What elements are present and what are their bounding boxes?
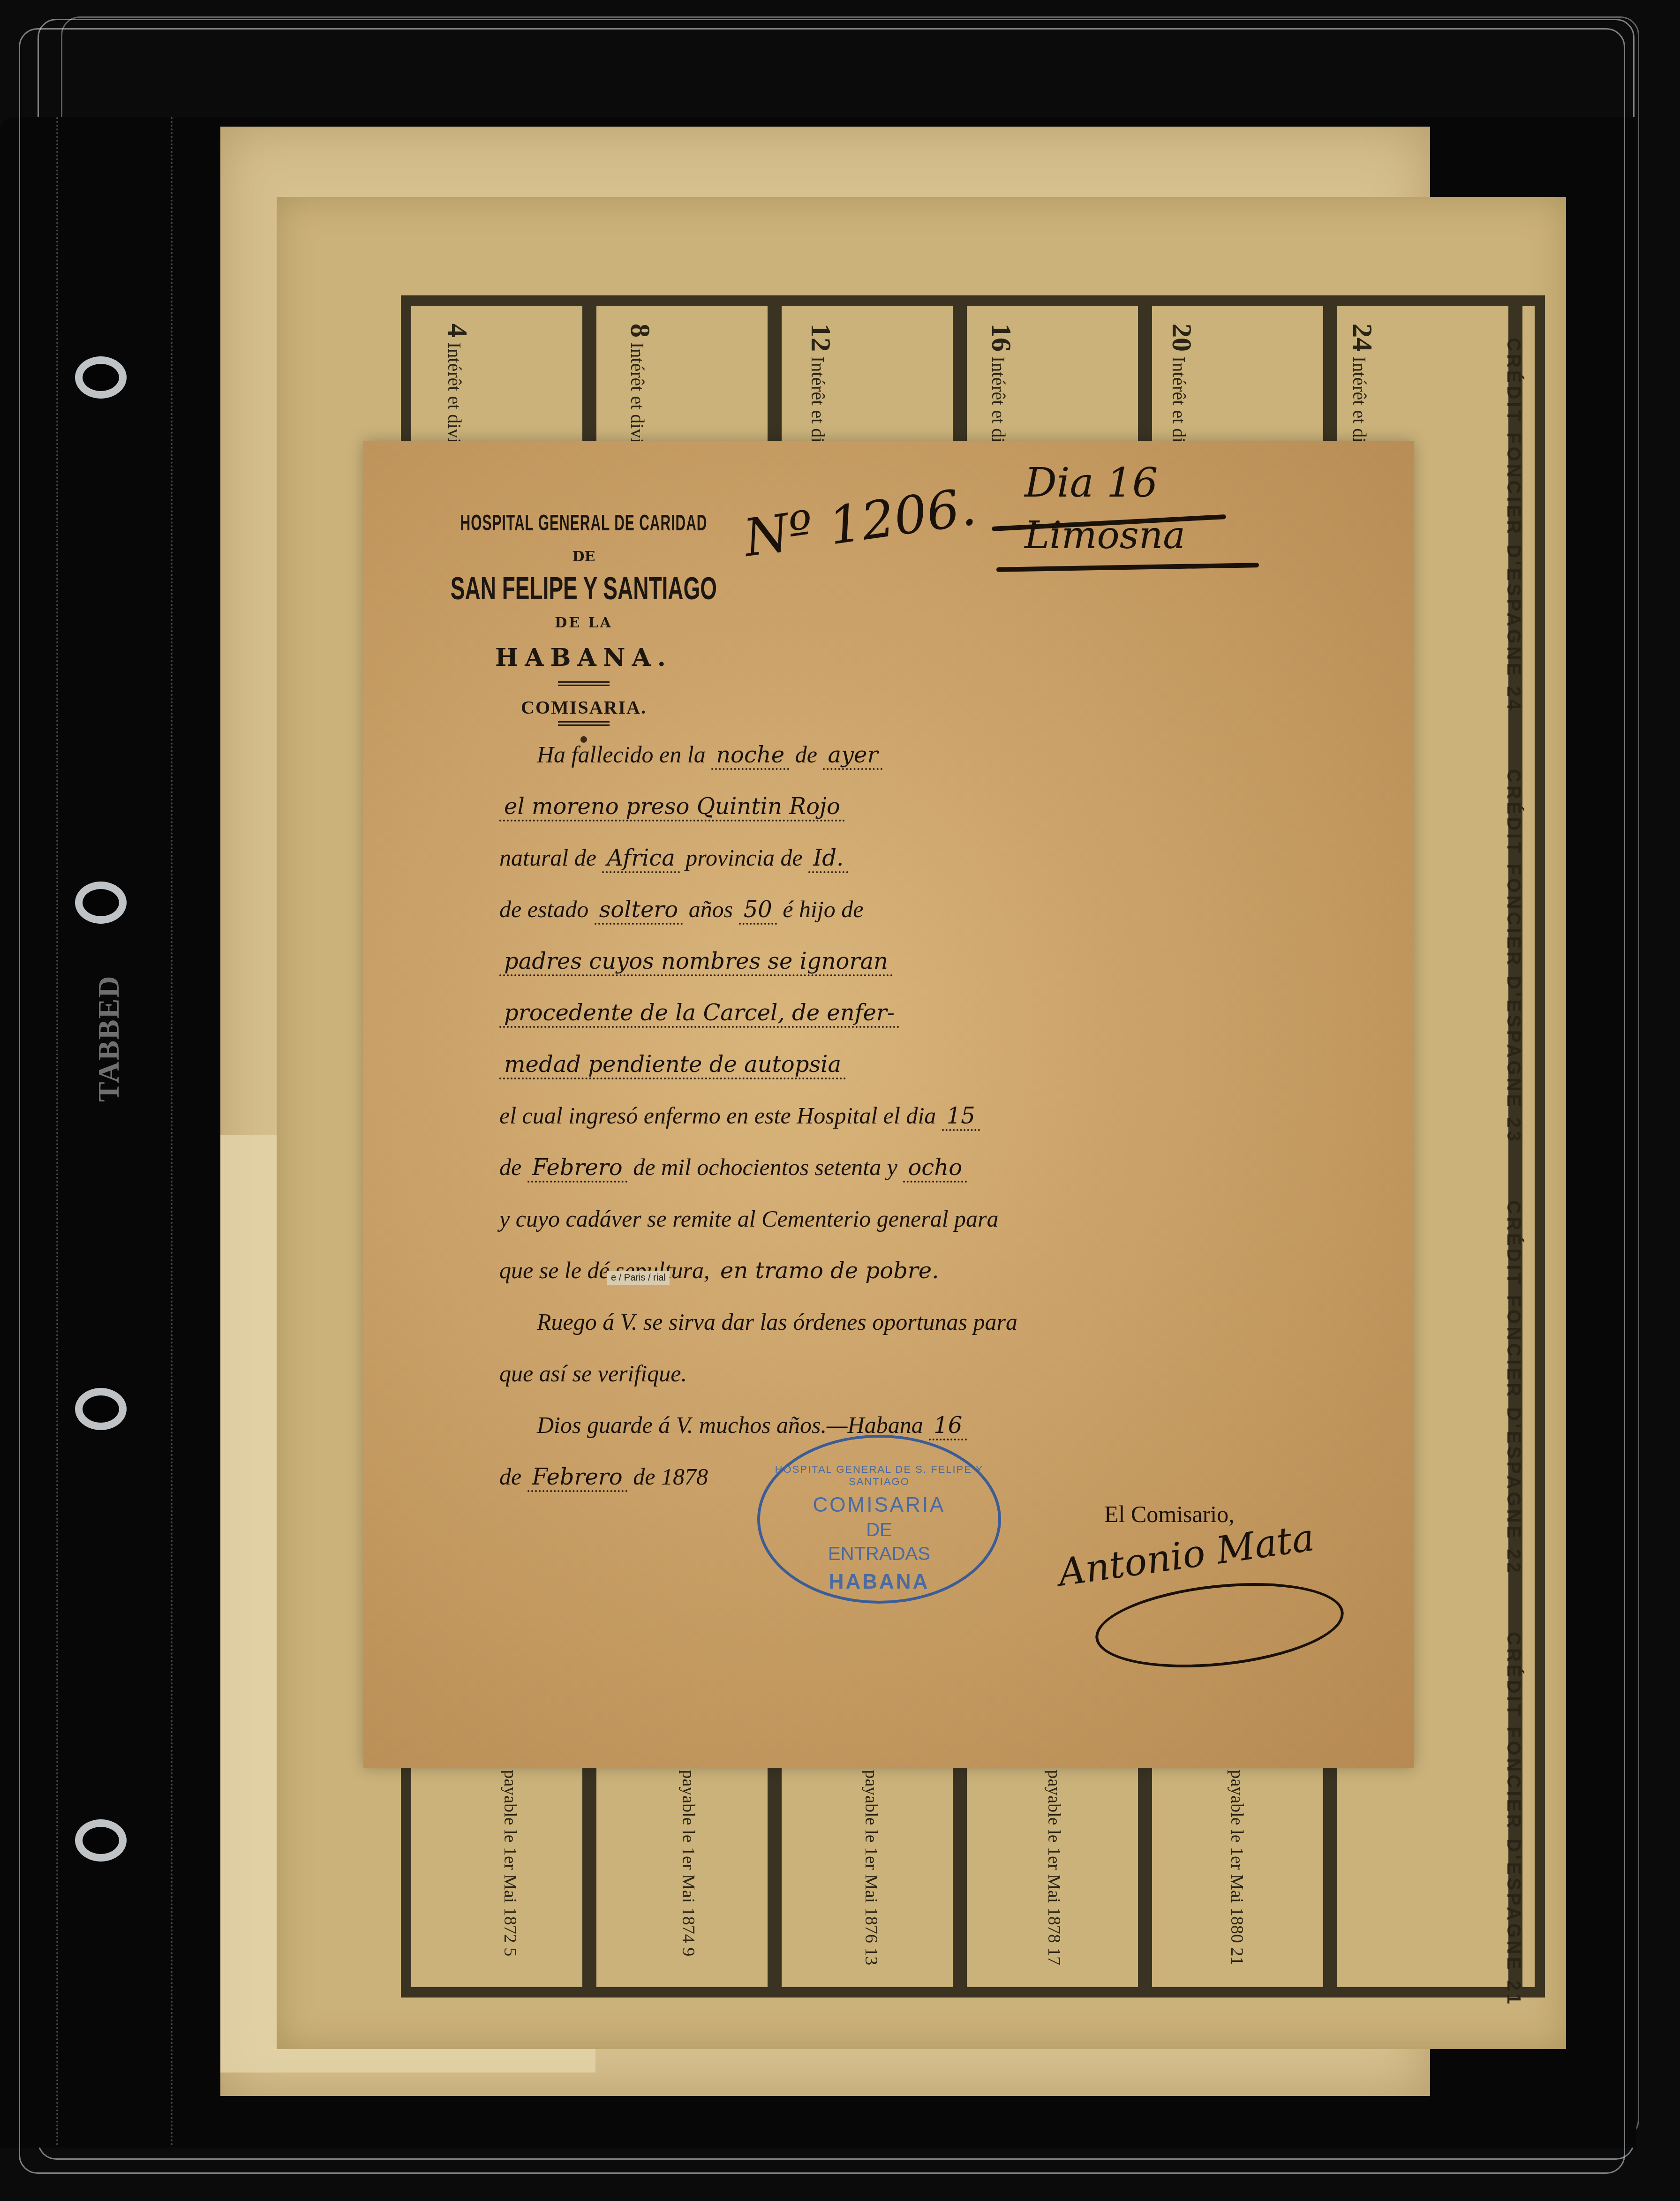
coupon-top-4: 16 Intérêt et divi <box>985 324 1017 457</box>
hospital-death-notice: HOSPITAL GENERAL DE CARIDAD DE SAN FELIP… <box>363 441 1414 1768</box>
divider <box>558 721 610 726</box>
coupon-top-5: 20 Intérêt et div <box>1166 324 1198 452</box>
coupon-right-24: CRÉDIT FONCIER D'ESPAGNE 24 <box>1503 338 1524 713</box>
body-row: natural de Africa provincia de Id. <box>499 844 1395 896</box>
body-row: de estado soltero años 50 é hijo de <box>499 896 1395 947</box>
binder-hole-icon <box>75 356 127 399</box>
body-row: Ha fallecido en la noche de ayer <box>499 741 1395 792</box>
body-row: el moreno preso Quintin Rojo <box>499 792 1395 844</box>
body-row: procedente de la Carcel, de enfer- <box>499 999 1395 1050</box>
body-row: Ruego á V. se sirva dar las órdenes opor… <box>499 1308 1395 1360</box>
binder-hole-icon <box>75 882 127 924</box>
hospital-stamp: HOSPITAL GENERAL DE S. FELIPE Y SANTIAGO… <box>757 1435 1001 1604</box>
binder-hole-icon <box>75 1388 127 1430</box>
category-note: Limosna <box>1025 513 1185 557</box>
body-row: padres cuyos nombres se ignoran <box>499 947 1395 999</box>
body-row: de Febrero de mil ochocientos setenta y … <box>499 1153 1395 1205</box>
coupon-right-21: CRÉDIT FONCIER D'ESPAGNE 21 <box>1503 1632 1524 2007</box>
torn-hole-text: e / Paris / rial <box>607 1271 670 1285</box>
letterhead: HOSPITAL GENERAL DE CARIDAD DE SAN FELIP… <box>443 516 724 743</box>
signature-flourish <box>1091 1572 1348 1679</box>
registry-number: Nº 1206. <box>740 476 980 568</box>
coupon-top-6: 24 Intérêt et div <box>1346 324 1379 452</box>
binder-hole-icon <box>75 1819 127 1862</box>
coupon-right-23: CRÉDIT FONCIER D'ESPAGNE 23 <box>1503 769 1524 1144</box>
body-row: medad pendiente de autopsia <box>499 1050 1395 1102</box>
coupon-right-22: CRÉDIT FONCIER D'ESPAGNE 22 <box>1503 1200 1524 1575</box>
divider <box>558 681 610 686</box>
underline <box>996 563 1259 572</box>
closing-title: El Comisario, <box>1104 1500 1235 1528</box>
embossed-label: TABBED <box>91 975 126 1102</box>
body-row: el cual ingresó enfermo en este Hospital… <box>499 1102 1395 1153</box>
day-note: Dia 16 <box>1025 460 1158 506</box>
notice-body: Ha fallecido en la noche de ayer el more… <box>499 741 1395 1515</box>
body-row: y cuyo cadáver se remite al Cementerio g… <box>499 1205 1395 1257</box>
body-row: que así se verifique. <box>499 1360 1395 1411</box>
